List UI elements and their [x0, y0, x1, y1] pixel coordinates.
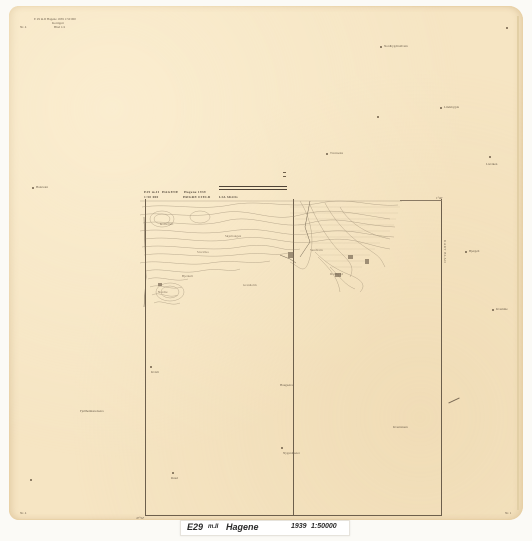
- place-label: Nordbygdtrollvatn: [384, 44, 408, 48]
- grid-corner-label-bottom: 47°52': [136, 516, 144, 520]
- place-marker: [440, 107, 442, 109]
- place-label: Kvamme: [496, 307, 508, 311]
- fragment-place-label: Skjeltangen: [225, 234, 241, 238]
- place-label: Kvisli: [151, 370, 159, 374]
- grid-line-top-right: [400, 200, 442, 201]
- place-marker: [150, 366, 152, 368]
- sheet-code: E29: [187, 522, 203, 532]
- corner-label-top-left: Nr. 4: [20, 25, 26, 29]
- place-label: Ruud: [171, 476, 178, 480]
- benchmark-mark: [283, 172, 286, 173]
- fragment-place-label: Sandvatn: [310, 248, 323, 252]
- sheet-name: Hagene: [226, 522, 259, 532]
- topographic-fragment: [140, 197, 402, 312]
- header-sheet-code: E29 m.II: [144, 190, 159, 194]
- place-marker: [380, 46, 382, 48]
- place-label: Hansvatn: [36, 185, 48, 189]
- place-marker: [492, 309, 494, 311]
- place-marker: [172, 472, 174, 474]
- place-label: Haugsetra: [280, 383, 293, 387]
- sheet-edge: [517, 16, 519, 510]
- fragment-place-label: Bjerkeli: [182, 274, 193, 278]
- place-marker: [326, 153, 328, 155]
- grid-line-bottom: [145, 515, 442, 516]
- corner-label-bottom-right: Nr. 1: [505, 511, 511, 515]
- sheet-subcode: m.II: [208, 524, 218, 530]
- place-label: Tverrsetra: [330, 151, 343, 155]
- place-label: Lindsbygda: [444, 105, 459, 109]
- place-marker: [32, 187, 34, 189]
- place-label: Lieviken: [486, 162, 497, 166]
- fragment-place-label: Dalsbygd: [330, 272, 343, 276]
- place-label: Bjørgeli: [469, 249, 479, 253]
- corner-label-bottom-left: Nr. 4: [20, 511, 26, 515]
- place-marker: [377, 116, 379, 118]
- fragment-place-label: Kvitefjell: [160, 222, 174, 226]
- grid-corner-label: 1°40': [436, 196, 443, 200]
- place-label: Fjellheimsrudsetra: [80, 409, 104, 413]
- right-edge-vertical-label: KART BLAD: [443, 240, 447, 263]
- place-marker: [281, 447, 283, 449]
- title-strip: E29 m.II Hagene 1939 1:50000: [180, 520, 350, 536]
- sheet-year: 1939: [291, 523, 307, 530]
- place-marker: [30, 479, 32, 481]
- grid-line-right: [441, 199, 442, 515]
- fragment-place-label: Granholm: [243, 283, 257, 287]
- sheet-scale: 1:50000: [311, 523, 337, 530]
- fragment-place-label: Storvika: [197, 250, 209, 254]
- place-marker: [506, 27, 508, 29]
- place-label: Kvernstuen: [393, 425, 408, 429]
- place-label: Nygardsseter: [283, 451, 300, 455]
- top-note-line3: Blad 1/4: [54, 25, 65, 29]
- place-marker: [489, 156, 491, 158]
- scale-bar: [219, 186, 287, 190]
- benchmark-mark: [283, 176, 286, 177]
- header-year: Hagene 1939: [184, 190, 206, 194]
- place-marker: [465, 251, 467, 253]
- fragment-place-label: Nordre: [158, 290, 168, 294]
- header-name: HAGENE: [162, 190, 179, 194]
